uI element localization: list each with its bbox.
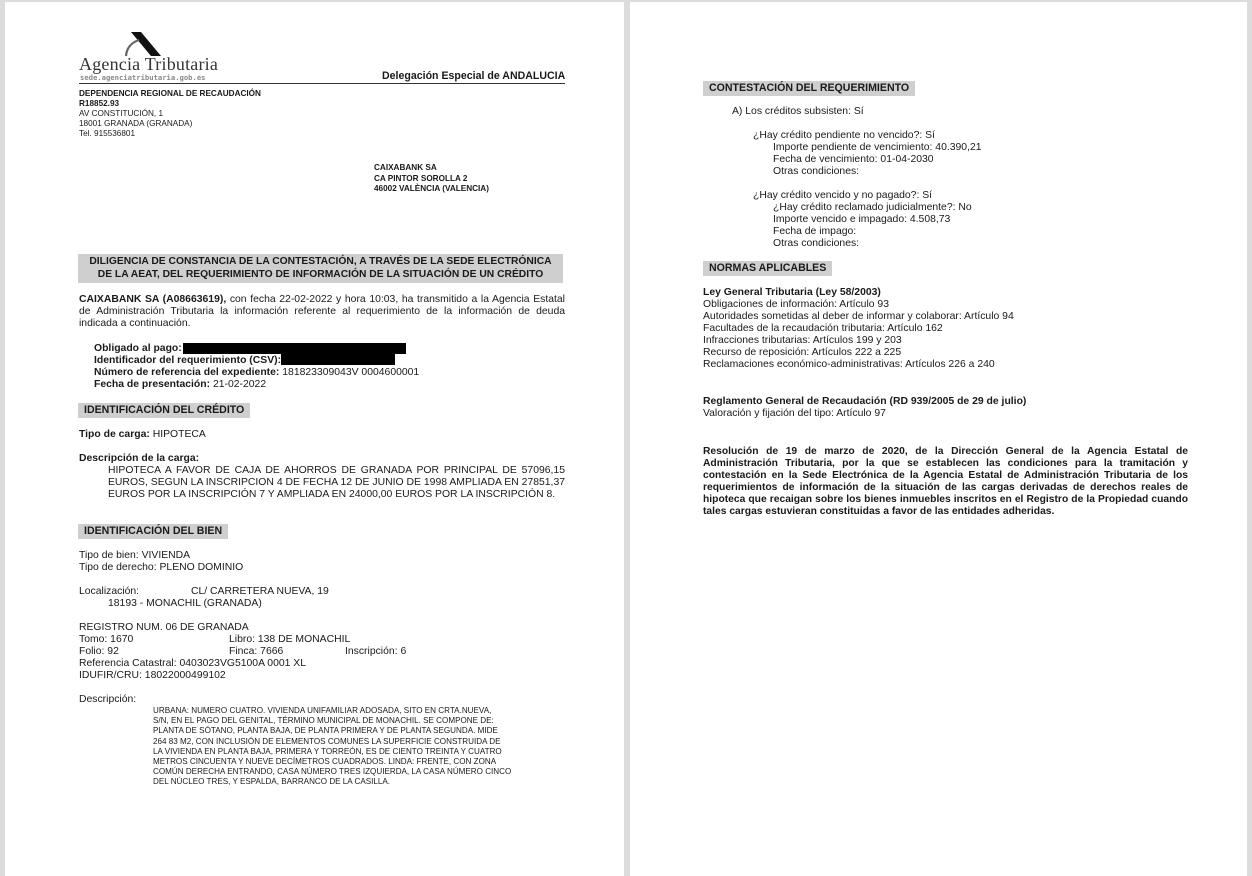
localizacion-value: CL/ CARRETERA NUEVA, 19 (191, 586, 329, 598)
tomo: Tomo: 1670 (79, 634, 133, 646)
tipo-carga: Tipo de carga: HIPOTECA (79, 429, 206, 441)
importe-vencido: Importe vencido e impagado: 4.508,73 (773, 214, 950, 226)
descripcion-line: URBANA: NUMERO CUATRO. VIVIENDA UNIFAMIL… (153, 706, 511, 716)
finca: Finca: 7666 (229, 646, 283, 658)
sender-block: DEPENDENCIA REGIONAL DE RECAUDACIÓN R188… (79, 89, 261, 139)
field-fecha-presentacion: Fecha de presentación: 21-02-2022 (94, 379, 266, 391)
sender-code: R18852.93 (79, 99, 261, 109)
registro: REGISTRO NUM. 06 DE GRANADA (79, 622, 249, 634)
field-expediente: Número de referencia del expediente: 181… (94, 367, 419, 379)
descripcion-label: Descripción: (79, 694, 136, 706)
vencido-question: ¿Hay crédito vencido y no pagado?: Sí (753, 190, 932, 202)
recipient-block: CAIXABANK SA CA PINTOR SOROLLA 2 46002 V… (374, 163, 489, 195)
field-csv: Identificador del requerimiento (CSV): (94, 355, 281, 367)
lgt-item: Autoridades sometidas al deber de inform… (703, 311, 1014, 323)
fecha-vencimiento: Fecha de vencimiento: 01-04-2030 (773, 154, 934, 166)
descripcion-line: LA VIVIENDA EN PLANTA BAJA, PRIMERA Y TO… (153, 747, 511, 757)
obligado-label: Obligado al pago: (94, 343, 182, 354)
folio: Folio: 92 (79, 646, 119, 658)
expediente-label: Número de referencia del expediente: (94, 367, 279, 378)
desc-carga-text: HIPOTECA A FAVOR DE CAJA DE AHORROS DE G… (108, 465, 565, 501)
tipo-carga-value: HIPOTECA (150, 429, 206, 440)
referencia-catastral: Referencia Catastral: 0403023VG5100A 000… (79, 658, 306, 670)
recipient-street: CA PINTOR SOROLLA 2 (374, 174, 489, 185)
fecha-label: Fecha de presentación: (94, 379, 210, 390)
tipo-bien: Tipo de bien: VIVIENDA (79, 550, 190, 562)
lgt-block: Ley General Tributaria (Ley 58/2003) Obl… (703, 287, 1014, 371)
rgr-item: Valoración y fijación del tipo: Artículo… (703, 408, 1026, 420)
lgt-item: Facultades de la recaudación tributaria:… (703, 323, 1014, 335)
header-rule (79, 83, 565, 84)
descripcion-line: COMÚN DERECHA ENTRANDO, CASA NÚMERO TRES… (153, 767, 511, 777)
rgr-block: Reglamento General de Recaudación (RD 93… (703, 396, 1026, 420)
field-obligado: Obligado al pago: (94, 343, 182, 355)
tipo-derecho: Tipo de derecho: PLENO DOMINIO (79, 562, 243, 574)
fecha-value: 21-02-2022 (210, 379, 266, 390)
sender-address: AV CONSTITUCIÓN, 1 (79, 109, 261, 119)
title-line-1: DILIGENCIA DE CONSTANCIA DE LA CONTESTAC… (78, 255, 563, 268)
recipient-city: 46002 VALÈNCIA (VALENCIA) (374, 184, 489, 195)
libro: Libro: 138 DE MONACHIL (229, 634, 350, 646)
tipo-carga-label: Tipo de carga: (79, 429, 150, 440)
descripcion-line: 264 83 M2, CON INCLUSIÓN DE ELEMENTOS CO… (153, 737, 511, 747)
sender-department: DEPENDENCIA REGIONAL DE RECAUDACIÓN (79, 89, 261, 99)
reclamado-question: ¿Hay crédito reclamado judicialmente?: N… (773, 202, 972, 214)
descripcion-line: DEL NÚCLEO TRES, Y ESPALDA, BARRANCO DE … (153, 777, 511, 787)
title-line-2: DE LA AEAT, DEL REQUERIMIENTO DE INFORMA… (78, 268, 563, 281)
inscripcion: Inscripción: 6 (345, 646, 406, 658)
document-page-1: Agencia Tributaria sede.agenciatributari… (5, 2, 624, 876)
idufir: IDUFIR/CRU: 18022000499102 (79, 670, 226, 682)
document-page-2: CONTESTACIÓN DEL REQUERIMIENTO A) Los cr… (630, 2, 1247, 876)
localizacion-city: 18193 - MONACHIL (GRANADA) (108, 598, 262, 610)
redacted-csv (281, 354, 395, 365)
sender-phone: Tel. 915536801 (79, 129, 261, 139)
creditos-subsisten: A) Los créditos subsisten: Sí (732, 106, 864, 118)
importe-pendiente: Importe pendiente de vencimiento: 40.390… (773, 142, 982, 154)
redacted-obligado (183, 343, 406, 354)
pendiente-question: ¿Hay crédito pendiente no vencido?: Sí (753, 130, 935, 142)
resolucion-paragraph: Resolución de 19 de marzo de 2020, de la… (703, 446, 1188, 518)
recipient-name: CAIXABANK SA (374, 163, 489, 174)
localizacion-label: Localización: (79, 586, 139, 598)
lgt-title: Ley General Tributaria (Ley 58/2003) (703, 287, 1014, 299)
desc-carga-label: Descripción de la carga: (79, 453, 199, 465)
intro-paragraph: CAIXABANK SA (A08663619), con fecha 22-0… (79, 294, 565, 330)
lgt-item: Obligaciones de información: Artículo 93 (703, 299, 1014, 311)
delegation-name: Delegación Especial de ANDALUCIA (382, 70, 565, 82)
otras-condiciones-1: Otras condiciones: (773, 166, 859, 178)
section-heading-normas: NORMAS APLICABLES (703, 261, 832, 276)
expediente-value: 181823309043V 0004600001 (279, 367, 419, 378)
fecha-impago: Fecha de impago: (773, 226, 856, 238)
section-heading-credito: IDENTIFICACIÓN DEL CRÉDITO (78, 403, 250, 418)
section-heading-contestacion: CONTESTACIÓN DEL REQUERIMIENTO (703, 81, 915, 96)
rgr-title: Reglamento General de Recaudación (RD 93… (703, 396, 1026, 408)
intro-entity: CAIXABANK SA (A08663619), (79, 294, 226, 305)
lgt-item: Reclamaciones económico-administrativas:… (703, 359, 1014, 371)
lgt-item: Recurso de reposición: Artículos 222 a 2… (703, 347, 1014, 359)
descripcion-line: PLANTA DE SÓTANO, PLANTA BAJA, DE PLANTA… (153, 726, 511, 736)
descripcion-line: S/N, EN EL PAGO DEL GENITAL, TÉRMINO MUN… (153, 716, 511, 726)
document-title: DILIGENCIA DE CONSTANCIA DE LA CONTESTAC… (78, 254, 563, 283)
logo-url: sede.agenciatributaria.gob.es (80, 73, 206, 82)
sender-city: 18001 GRANADA (GRANADA) (79, 119, 261, 129)
logo-name: Agencia Tributaria (79, 54, 218, 75)
csv-label: Identificador del requerimiento (CSV): (94, 355, 281, 366)
lgt-item: Infracciones tributarias: Artículos 199 … (703, 335, 1014, 347)
section-heading-bien: IDENTIFICACIÓN DEL BIEN (78, 524, 228, 539)
descripcion-text: URBANA: NUMERO CUATRO. VIVIENDA UNIFAMIL… (153, 706, 511, 788)
otras-condiciones-2: Otras condiciones: (773, 238, 859, 250)
descripcion-line: METROS CINCUENTA Y NUEVE DECÍMETROS CUAD… (153, 757, 511, 767)
